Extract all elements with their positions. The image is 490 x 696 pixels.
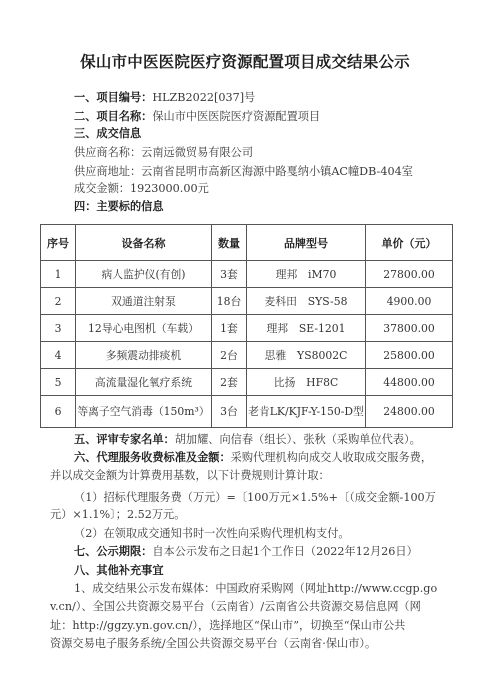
cell-index: 3: [41, 315, 76, 342]
agency-fee-label: 六、代理服务收费标准及金额：: [74, 451, 231, 464]
project-number-label: 一、项目编号：: [74, 91, 152, 104]
agency-fee-item1: （1）招标代理服务费（万元）=〔100万元×1.5%+〔（成交金额-100万: [74, 491, 436, 505]
cell-quantity: 2套: [212, 369, 247, 396]
table-row: 1 病人监护仪(有创) 3套 理邦 iM70 27800.00: [41, 261, 453, 288]
items-table: 序号 设备名称 数量 品牌型号 单价（元） 1 病人监护仪(有创) 3套 理邦 …: [40, 224, 453, 428]
header-quantity: 数量: [212, 225, 247, 261]
supplier-name-label: 供应商名称：: [74, 146, 141, 159]
experts-line: 五、评审专家名单：胡加耀、向信春（组长）、张秋（采购单位代表）。: [74, 433, 421, 447]
cell-quantity: 3台: [212, 396, 247, 428]
cell-quantity: 18台: [212, 288, 247, 315]
supplier-address-value: 云南省昆明市高新区海源中路戛纳小镇AC幢DB-404室: [141, 165, 413, 178]
main-items-heading: 四：主要标的信息: [74, 200, 164, 214]
header-brand-model: 品牌型号: [247, 225, 366, 261]
cell-brand-model: 理邦 iM70: [247, 261, 366, 288]
cell-brand-model: 理邦 SE-1201: [247, 315, 366, 342]
supplier-address-line: 供应商地址：云南省昆明市高新区海源中路戛纳小镇AC幢DB-404室: [74, 165, 413, 179]
cell-quantity: 2台: [212, 342, 247, 369]
notice-period-value: 自本公示发布之日起1个工作日（2022年12月26日）: [152, 545, 417, 558]
cell-equipment-name: 多频震动排痰机: [76, 342, 212, 369]
cell-brand-model: 老肯LK/KJF-Y-150-D型: [247, 396, 366, 428]
table-row: 6 等离子空气消毒（150m³） 3台 老肯LK/KJF-Y-150-D型 24…: [41, 396, 453, 428]
deal-amount-label: 成交金额：: [74, 182, 130, 195]
supplier-name-line: 供应商名称：云南远微贸易有限公司: [74, 146, 253, 160]
document-page: 保山市中医医院医疗资源配置项目成交结果公示 一、项目编号：HLZB2022[03…: [0, 0, 490, 696]
notice-period-label: 七、公示期限：: [74, 545, 152, 558]
cell-index: 5: [41, 369, 76, 396]
table-row: 4 多频震动排痰机 2台 思雅 YS8002C 25800.00: [41, 342, 453, 369]
cell-unit-price: 25800.00: [366, 342, 453, 369]
project-number-line: 一、项目编号：HLZB2022[037]号: [74, 91, 255, 105]
project-name-label: 二、项目名称：: [74, 110, 152, 123]
deal-info-heading: 三、成交信息: [74, 127, 141, 141]
table-header-row: 序号 设备名称 数量 品牌型号 单价（元）: [41, 225, 453, 261]
deal-amount-value: 1923000.00元: [130, 182, 209, 195]
cell-unit-price: 37800.00: [366, 315, 453, 342]
cell-equipment-name: 12导心电图机（车载）: [76, 315, 212, 342]
experts-value: 胡加耀、向信春（组长）、张秋（采购单位代表）。: [175, 433, 421, 446]
other-matters-line4: 资源交易电子服务系统/全国公共资源交易平台（云南省·保山市）。: [50, 637, 376, 651]
supplier-name-value: 云南远微贸易有限公司: [141, 146, 253, 159]
cell-brand-model: 比扬 HF8C: [247, 369, 366, 396]
cell-index: 4: [41, 342, 76, 369]
other-matters-line3: 址：http://ggzy.yn.gov.cn/），选择地区“保山市”，切换至“…: [50, 619, 405, 633]
cell-unit-price: 24800.00: [366, 396, 453, 428]
cell-index: 2: [41, 288, 76, 315]
agency-fee-line: 六、代理服务收费标准及金额：采购代理机构向成交人收取成交服务费，: [74, 451, 432, 465]
experts-label: 五、评审专家名单：: [74, 433, 175, 446]
cell-equipment-name: 高流量湿化氧疗系统: [76, 369, 212, 396]
cell-equipment-name: 病人监护仪(有创): [76, 261, 212, 288]
supplier-address-label: 供应商地址：: [74, 165, 141, 178]
cell-equipment-name: 双通道注射泵: [76, 288, 212, 315]
agency-fee-line2: 并以成交金额为计算费用基数，以下计费规则计算计取：: [50, 469, 330, 483]
agency-fee-value: 采购代理机构向成交人收取成交服务费，: [231, 451, 432, 464]
other-matters-heading: 八、其他补充事宜: [74, 564, 164, 578]
deal-amount-line: 成交金额：1923000.00元: [74, 182, 209, 196]
table-row: 2 双通道注射泵 18台 麦科田 SYS-58 4900.00: [41, 288, 453, 315]
header-index: 序号: [41, 225, 76, 261]
agency-fee-item1-cont: 元）×1.1%〕；2.52万元。: [50, 508, 185, 522]
project-name-line: 二、项目名称：保山市中医医院医疗资源配置项目: [74, 110, 320, 124]
cell-brand-model: 思雅 YS8002C: [247, 342, 366, 369]
other-matters-line2: v.cn/）、全国公共资源交易平台（云南省）/云南省公共资源交易信息网（网: [50, 600, 421, 614]
table-row: 3 12导心电图机（车载） 1套 理邦 SE-1201 37800.00: [41, 315, 453, 342]
cell-index: 6: [41, 396, 76, 428]
project-name-value: 保山市中医医院医疗资源配置项目: [152, 110, 320, 123]
document-title: 保山市中医医院医疗资源配置项目成交结果公示: [0, 50, 490, 72]
agency-fee-item2: （2）在领取成交通知书时一次性向采购代理机构支付。: [74, 527, 350, 541]
cell-equipment-name: 等离子空气消毒（150m³）: [76, 396, 212, 428]
header-equipment-name: 设备名称: [76, 225, 212, 261]
cell-unit-price: 44800.00: [366, 369, 453, 396]
cell-unit-price: 4900.00: [366, 288, 453, 315]
project-number-value: HLZB2022[037]号: [152, 91, 255, 104]
other-matters-line1: 1、成交结果公示发布媒体：中国政府采购网（网址http://www.ccgp.g…: [74, 582, 437, 596]
cell-quantity: 3套: [212, 261, 247, 288]
table-row: 5 高流量湿化氧疗系统 2套 比扬 HF8C 44800.00: [41, 369, 453, 396]
cell-unit-price: 27800.00: [366, 261, 453, 288]
notice-period-line: 七、公示期限：自本公示发布之日起1个工作日（2022年12月26日）: [74, 545, 418, 559]
cell-quantity: 1套: [212, 315, 247, 342]
cell-brand-model: 麦科田 SYS-58: [247, 288, 366, 315]
header-unit-price: 单价（元）: [366, 225, 453, 261]
cell-index: 1: [41, 261, 76, 288]
